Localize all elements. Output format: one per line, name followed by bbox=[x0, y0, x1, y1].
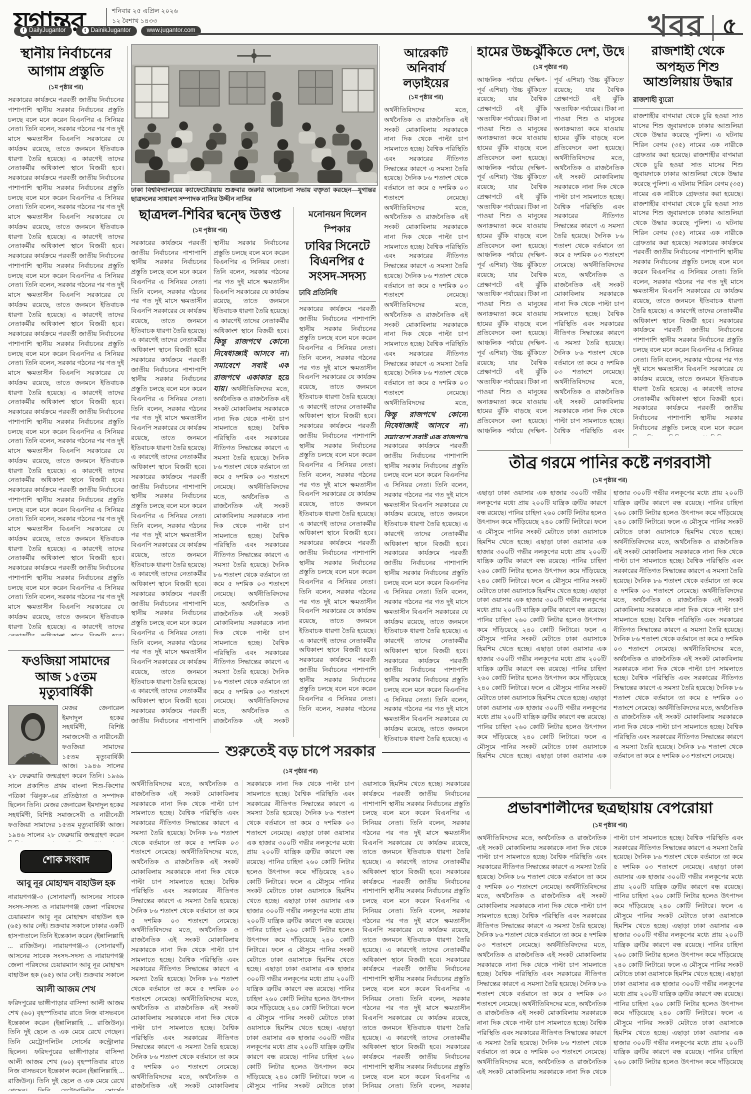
body-text: অর্থনীতিবিদদের মতে, অর্থনৈতিক ও রাজনৈতিক… bbox=[614, 539, 744, 761]
article-headline: রাজশাহী থেকে অপহৃত শিশু আশুলিয়ায় উদ্ধা… bbox=[633, 44, 743, 91]
continuation-note: (১ম পৃষ্ঠার পর) bbox=[8, 82, 124, 93]
article-headline: ফওজিয়া সামাদের আজ ১৫তম মৃত্যুবার্ষিকী bbox=[8, 654, 124, 701]
newspaper-logo: যুগান্তর bbox=[14, 2, 85, 47]
photo-caption-text: ঢাকা বিশ্ববিদ্যালয়ের ক্যাফেটেরিয়ায় শু… bbox=[131, 187, 352, 203]
continuation-note: (১ম পৃষ্ঠার পর) bbox=[477, 820, 743, 831]
article-influential: প্রভাবশালীদের ছত্রছায়ায় বেপরোয়া (১ম প… bbox=[477, 797, 743, 1090]
pull-quote: কিন্তু রাজপথে কোনো নিষেধাজ্ঞাই আসবে না। … bbox=[384, 409, 468, 439]
article-dhabi-senate: মনোনয়ন দিলেন স্পিকার ঢাবির সিনেটে বিএনপ… bbox=[299, 207, 376, 737]
article-body: সরকারের কার্যক্রমে পরবর্তী জাতীয় নির্বা… bbox=[384, 442, 468, 742]
article-body: রাজশাহীর বাগমারা থেকে চুরি হওয়া সাত মাস… bbox=[633, 112, 743, 436]
column-rule bbox=[628, 46, 629, 448]
continuation-note: (১ম পৃষ্ঠার পর) bbox=[384, 92, 468, 103]
column-rule bbox=[293, 207, 294, 737]
page-number: ৫ bbox=[722, 8, 737, 47]
twitter-badge-label: DainikJugantor bbox=[91, 28, 131, 34]
obituary-item-title: আলী আজম শেখ bbox=[8, 983, 124, 997]
body-text: সরকারের কার্যক্রমে পরবর্তী জাতীয় নির্বা… bbox=[362, 781, 470, 1090]
body-text: সরকারের কার্যক্রমে পরবর্তী জাতীয় নির্বা… bbox=[633, 240, 743, 436]
article-headline: তীব্র গরমে পানির কষ্টে নগরবাসী bbox=[477, 454, 743, 474]
facebook-badge: f DailyJugantor bbox=[14, 26, 72, 36]
column-rule bbox=[379, 46, 380, 738]
article-chhatradal: ছাত্রদল-শিবির দ্বন্দ্বে উত্তপ্ত (১ম পৃষ্… bbox=[131, 207, 289, 737]
headline-rule bbox=[131, 752, 219, 753]
article-body: অর্থনীতিবিদদের মতে, অর্থনৈতিক ও রাজনৈতিক… bbox=[477, 834, 743, 1086]
article-byline: রাজশাহী ব্যুরো bbox=[633, 94, 743, 109]
date-gregorian: শনিবার ২৫ এপ্রিল ২০২৬ bbox=[112, 7, 178, 17]
obituary-section: শোক সংবাদ আবু নূর মোহাম্মদ বাহাউল হক নার… bbox=[8, 850, 124, 1090]
headline-rule bbox=[382, 752, 470, 753]
section-divider bbox=[712, 15, 714, 41]
article-rajshahi-child: রাজশাহী থেকে অপহৃত শিশু আশুলিয়ায় উদ্ধা… bbox=[633, 44, 743, 448]
article-headline: ছাত্রদল-শিবির দ্বন্দ্বে উত্তপ্ত bbox=[131, 207, 289, 224]
article-byline: ঢাবি প্রতিনিধি bbox=[299, 287, 376, 302]
article-body: সরকারের কার্যক্রমে পরবর্তী জাতীয় নির্বা… bbox=[299, 305, 376, 713]
article-fawzia-anniversary: ফওজিয়া সামাদের আজ ১৫তম মৃত্যুবার্ষিকী ম… bbox=[8, 650, 124, 852]
article-inevitable-fight: আরেকটি অনিবার্য লড়াইয়ের (১ম পৃষ্ঠার পর… bbox=[384, 46, 468, 737]
pull-quote: কিন্তু রাজপথে কোনো নিষেধাজ্ঞাই আসবে না। … bbox=[214, 337, 290, 393]
facebook-badge-label: DailyJugantor bbox=[29, 28, 66, 34]
article-headline: প্রভাবশালীদের ছত্রছায়ায় বেপরোয়া bbox=[477, 800, 743, 819]
obituary-item-body: নারায়ণগঞ্জ-৩ (সোনারগাঁ) আসনের সাবেক সংস… bbox=[8, 893, 124, 979]
article-body: অর্থনীতিবিদদের মতে, অর্থনৈতিক ও রাজনৈতিক… bbox=[384, 106, 468, 406]
obituary-item-title: আবু নূর মোহাম্মদ বাহাউল হক bbox=[8, 877, 124, 891]
article-measles: হামের উচ্চঝুঁকিতে দেশ, উদ্বেগ (১ম পৃষ্ঠা… bbox=[477, 44, 624, 448]
photo-credit: —যুগান্তর bbox=[352, 187, 376, 196]
continuation-note: (১ম পৃষ্ঠার পর) bbox=[477, 62, 624, 73]
column-rule bbox=[471, 46, 472, 1090]
article-headline: ঢাবির সিনেটে বিএনপির ৫ সংসদ-সদস্য bbox=[299, 239, 376, 284]
obituary-item-body: ফরিদপুরের ভাঙ্গীপাড়ার বাসিন্দা আলী আজম … bbox=[8, 999, 124, 1091]
photo-caption: —যুগান্তর ঢাকা বিশ্ববিদ্যালয়ের ক্যাফেটে… bbox=[131, 187, 376, 204]
continuation-note: (১ম পৃষ্ঠার পর) bbox=[131, 225, 289, 236]
article-kicker: মনোনয়ন দিলেন স্পিকার bbox=[299, 207, 376, 237]
masthead-rule bbox=[152, 33, 743, 35]
article-local-election: স্থানীয় নির্বাচনের আগাম প্রস্তুতি (১ম প… bbox=[8, 46, 124, 646]
article-body: এছাড়া ঢাকা ওয়াসার এক হাজার ৩০০টি গভীর … bbox=[477, 489, 743, 789]
masthead-divider bbox=[106, 8, 107, 28]
article-headline: আরেকটি অনিবার্য লড়াইয়ের bbox=[384, 46, 468, 91]
standing-speaker-shape bbox=[271, 92, 283, 127]
column-rule bbox=[127, 46, 128, 1090]
article-body: অর্থনীতিবিদদের মতে, অর্থনৈতিক ও রাজনৈতিক… bbox=[131, 780, 470, 1092]
article-body: সরকারের কার্যক্রমে পরবর্তী জাতীয় নির্বা… bbox=[131, 239, 289, 733]
article-body: আঞ্চলিক পর্যায়ে (দক্ষিণ-পূর্ব এশিয়া) '… bbox=[477, 76, 624, 444]
twitter-icon: t bbox=[82, 27, 89, 34]
article-water-crisis: তীব্র গরমে পানির কষ্টে নগরবাসী (১ম পৃষ্ঠ… bbox=[477, 450, 743, 795]
obituary-box-label: শোক সংবাদ bbox=[20, 850, 112, 873]
decorated-headline: শুরুতেই বড় চাপে সরকার bbox=[131, 740, 470, 765]
article-headline: স্থানীয় নির্বাচনের আগাম প্রস্তুতি bbox=[8, 46, 124, 81]
article-body: সরকারের কার্যক্রমে পরবর্তী জাতীয় নির্বা… bbox=[8, 96, 124, 636]
article-body: মেজর জেনারেল ইমদাদুল হকের সহধর্মিণী, বিশ… bbox=[8, 704, 124, 842]
dateline: শনিবার ২৫ এপ্রিল ২০২৬ ১২ বৈশাখ ১৪৩৩ bbox=[112, 7, 178, 28]
continuation-note: (১ম পৃষ্ঠার পর) bbox=[131, 766, 470, 777]
newspaper-page: যুগান্তর শনিবার ২৫ এপ্রিল ২০২৬ ১২ বৈশাখ … bbox=[0, 0, 751, 1094]
article-headline: হামের উচ্চঝুঁকিতে দেশ, উদ্বেগ bbox=[477, 44, 624, 61]
body-text: রাজশাহীর বাগমারা থেকে চুরি হওয়া সাত মাস… bbox=[633, 113, 743, 247]
continuation-note: (১ম পৃষ্ঠার পর) bbox=[477, 475, 743, 486]
article-headline: শুরুতেই বড় চাপে সরকার bbox=[226, 740, 376, 765]
twitter-badge: t DainikJugantor bbox=[76, 26, 137, 36]
meeting-photo bbox=[131, 44, 378, 186]
article-govt-pressure: শুরুতেই বড় চাপে সরকার (১ম পৃষ্ঠার পর) অ… bbox=[131, 740, 470, 1090]
portrait-photo bbox=[8, 705, 58, 765]
facebook-icon: f bbox=[20, 27, 27, 34]
